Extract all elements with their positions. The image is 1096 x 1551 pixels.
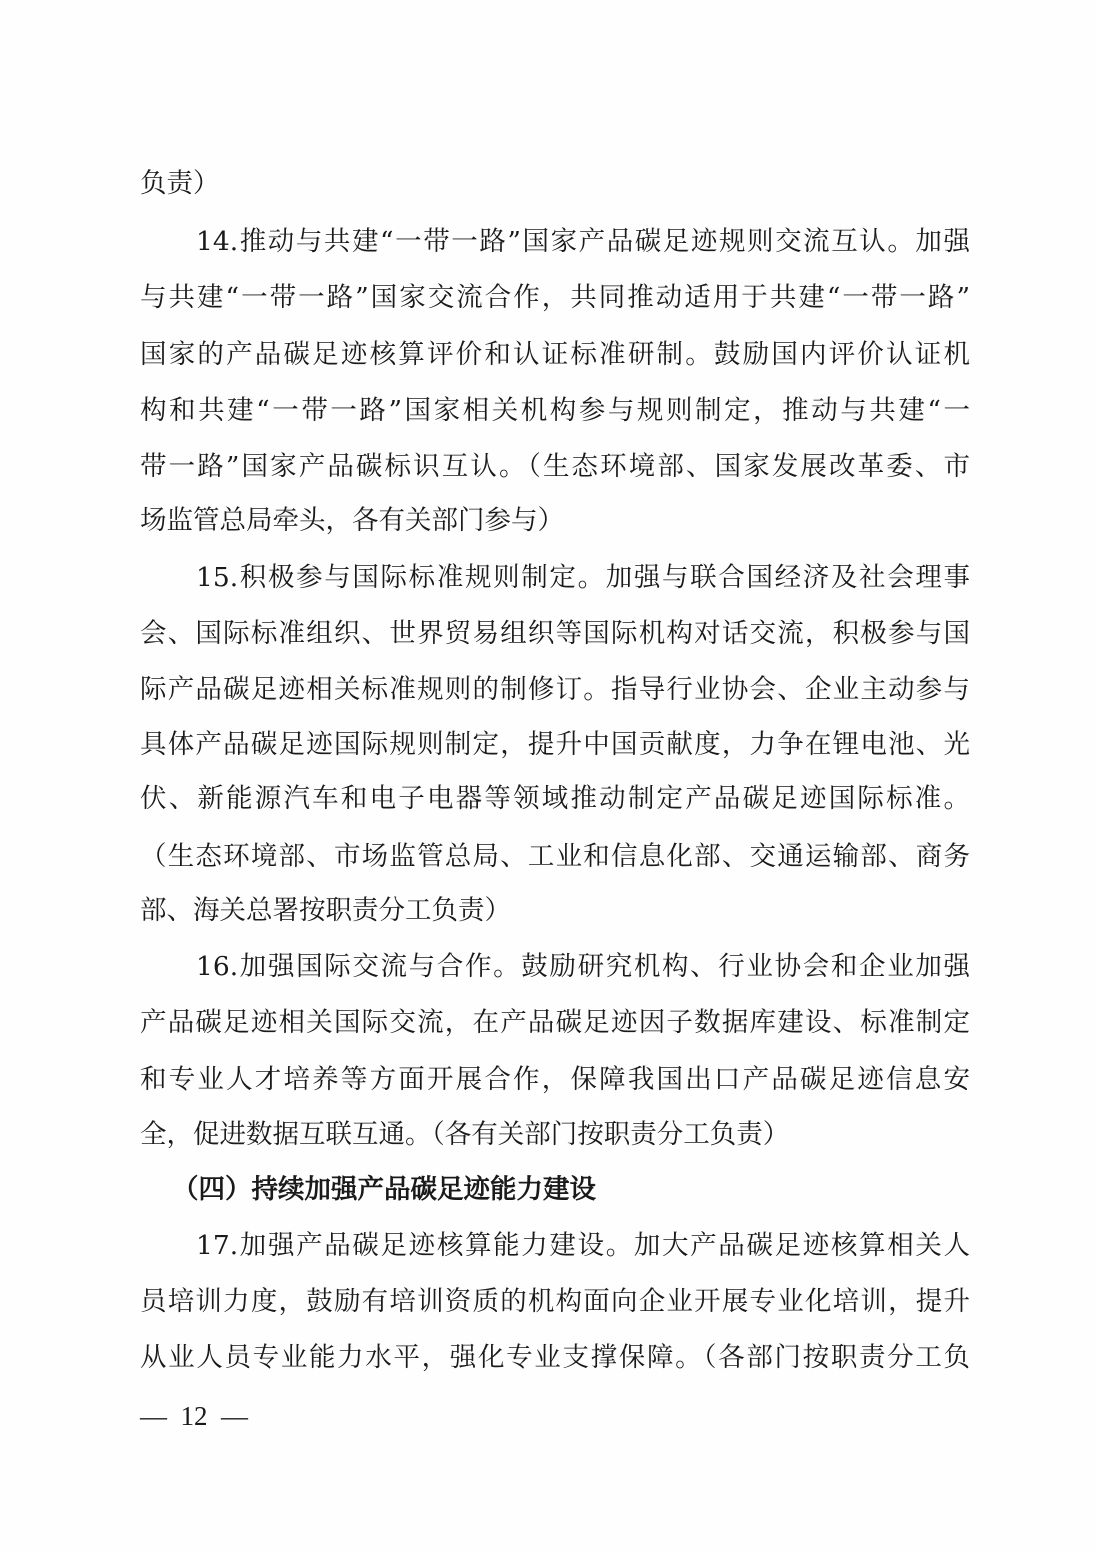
section-heading: （四）持续加强产品碳足迹能力建设 [172, 1170, 946, 1210]
item-15-heading-line: 15.积极参与国际标准规则制定。加强与联合国经济及社会理事 [196, 558, 970, 598]
page-number: — 12 — [140, 1396, 248, 1436]
paragraph-line: 全，促进数据互联互通。（各有关部门按职责分工负责） [140, 1115, 970, 1155]
paragraph-line: 构和共建“一带一路”国家相关机构参与规则制定，推动与共建“一 [140, 391, 970, 431]
paragraph-line: 会、国际标准组织、世界贸易组织等国际机构对话交流，积极参与国 [140, 614, 970, 654]
paragraph-line: 员培训力度，鼓励有培训资质的机构面向企业开展专业化培训，提升 [140, 1282, 970, 1322]
paragraph-line: 负责） [140, 164, 970, 204]
item-17-heading-line: 17.加强产品碳足迹核算能力建设。加大产品碳足迹核算相关人 [196, 1226, 970, 1266]
paragraph-line: 产品碳足迹相关国际交流，在产品碳足迹因子数据库建设、标准制定 [140, 1003, 970, 1043]
paragraph-line: 国家的产品碳足迹核算评价和认证标准研制。鼓励国内评价认证机 [140, 335, 970, 375]
paragraph-line: 具体产品碳足迹国际规则制定，提升中国贡献度，力争在锂电池、光 [140, 725, 970, 765]
paragraph-line: 际产品碳足迹相关标准规则的制修订。指导行业协会、企业主动参与 [140, 670, 970, 710]
item-16-heading-line: 16.加强国际交流与合作。鼓励研究机构、行业协会和企业加强 [196, 947, 970, 987]
paragraph-line: 与共建“一带一路”国家交流合作，共同推动适用于共建“一带一路” [140, 278, 970, 318]
paragraph-line: 从业人员专业能力水平，强化专业支撑保障。（各部门按职责分工负 [140, 1338, 970, 1378]
paragraph-line: （生态环境部、市场监管总局、工业和信息化部、交通运输部、商务 [140, 837, 970, 877]
paragraph-line: 和专业人才培养等方面开展合作，保障我国出口产品碳足迹信息安 [140, 1060, 970, 1100]
item-14-heading-line: 14.推动与共建“一带一路”国家产品碳足迹规则交流互认。加强 [196, 222, 970, 262]
paragraph-line: 伏、新能源汽车和电子电器等领域推动制定产品碳足迹国际标准。 [140, 779, 970, 819]
paragraph-line: 部、海关总署按职责分工负责） [140, 891, 970, 931]
paragraph-line: 带一路”国家产品碳标识互认。（生态环境部、国家发展改革委、市 [140, 447, 970, 487]
document-page: 负责） 14.推动与共建“一带一路”国家产品碳足迹规则交流互认。加强 与共建“一… [0, 0, 1096, 1551]
paragraph-line: 场监管总局牵头，各有关部门参与） [140, 501, 970, 541]
